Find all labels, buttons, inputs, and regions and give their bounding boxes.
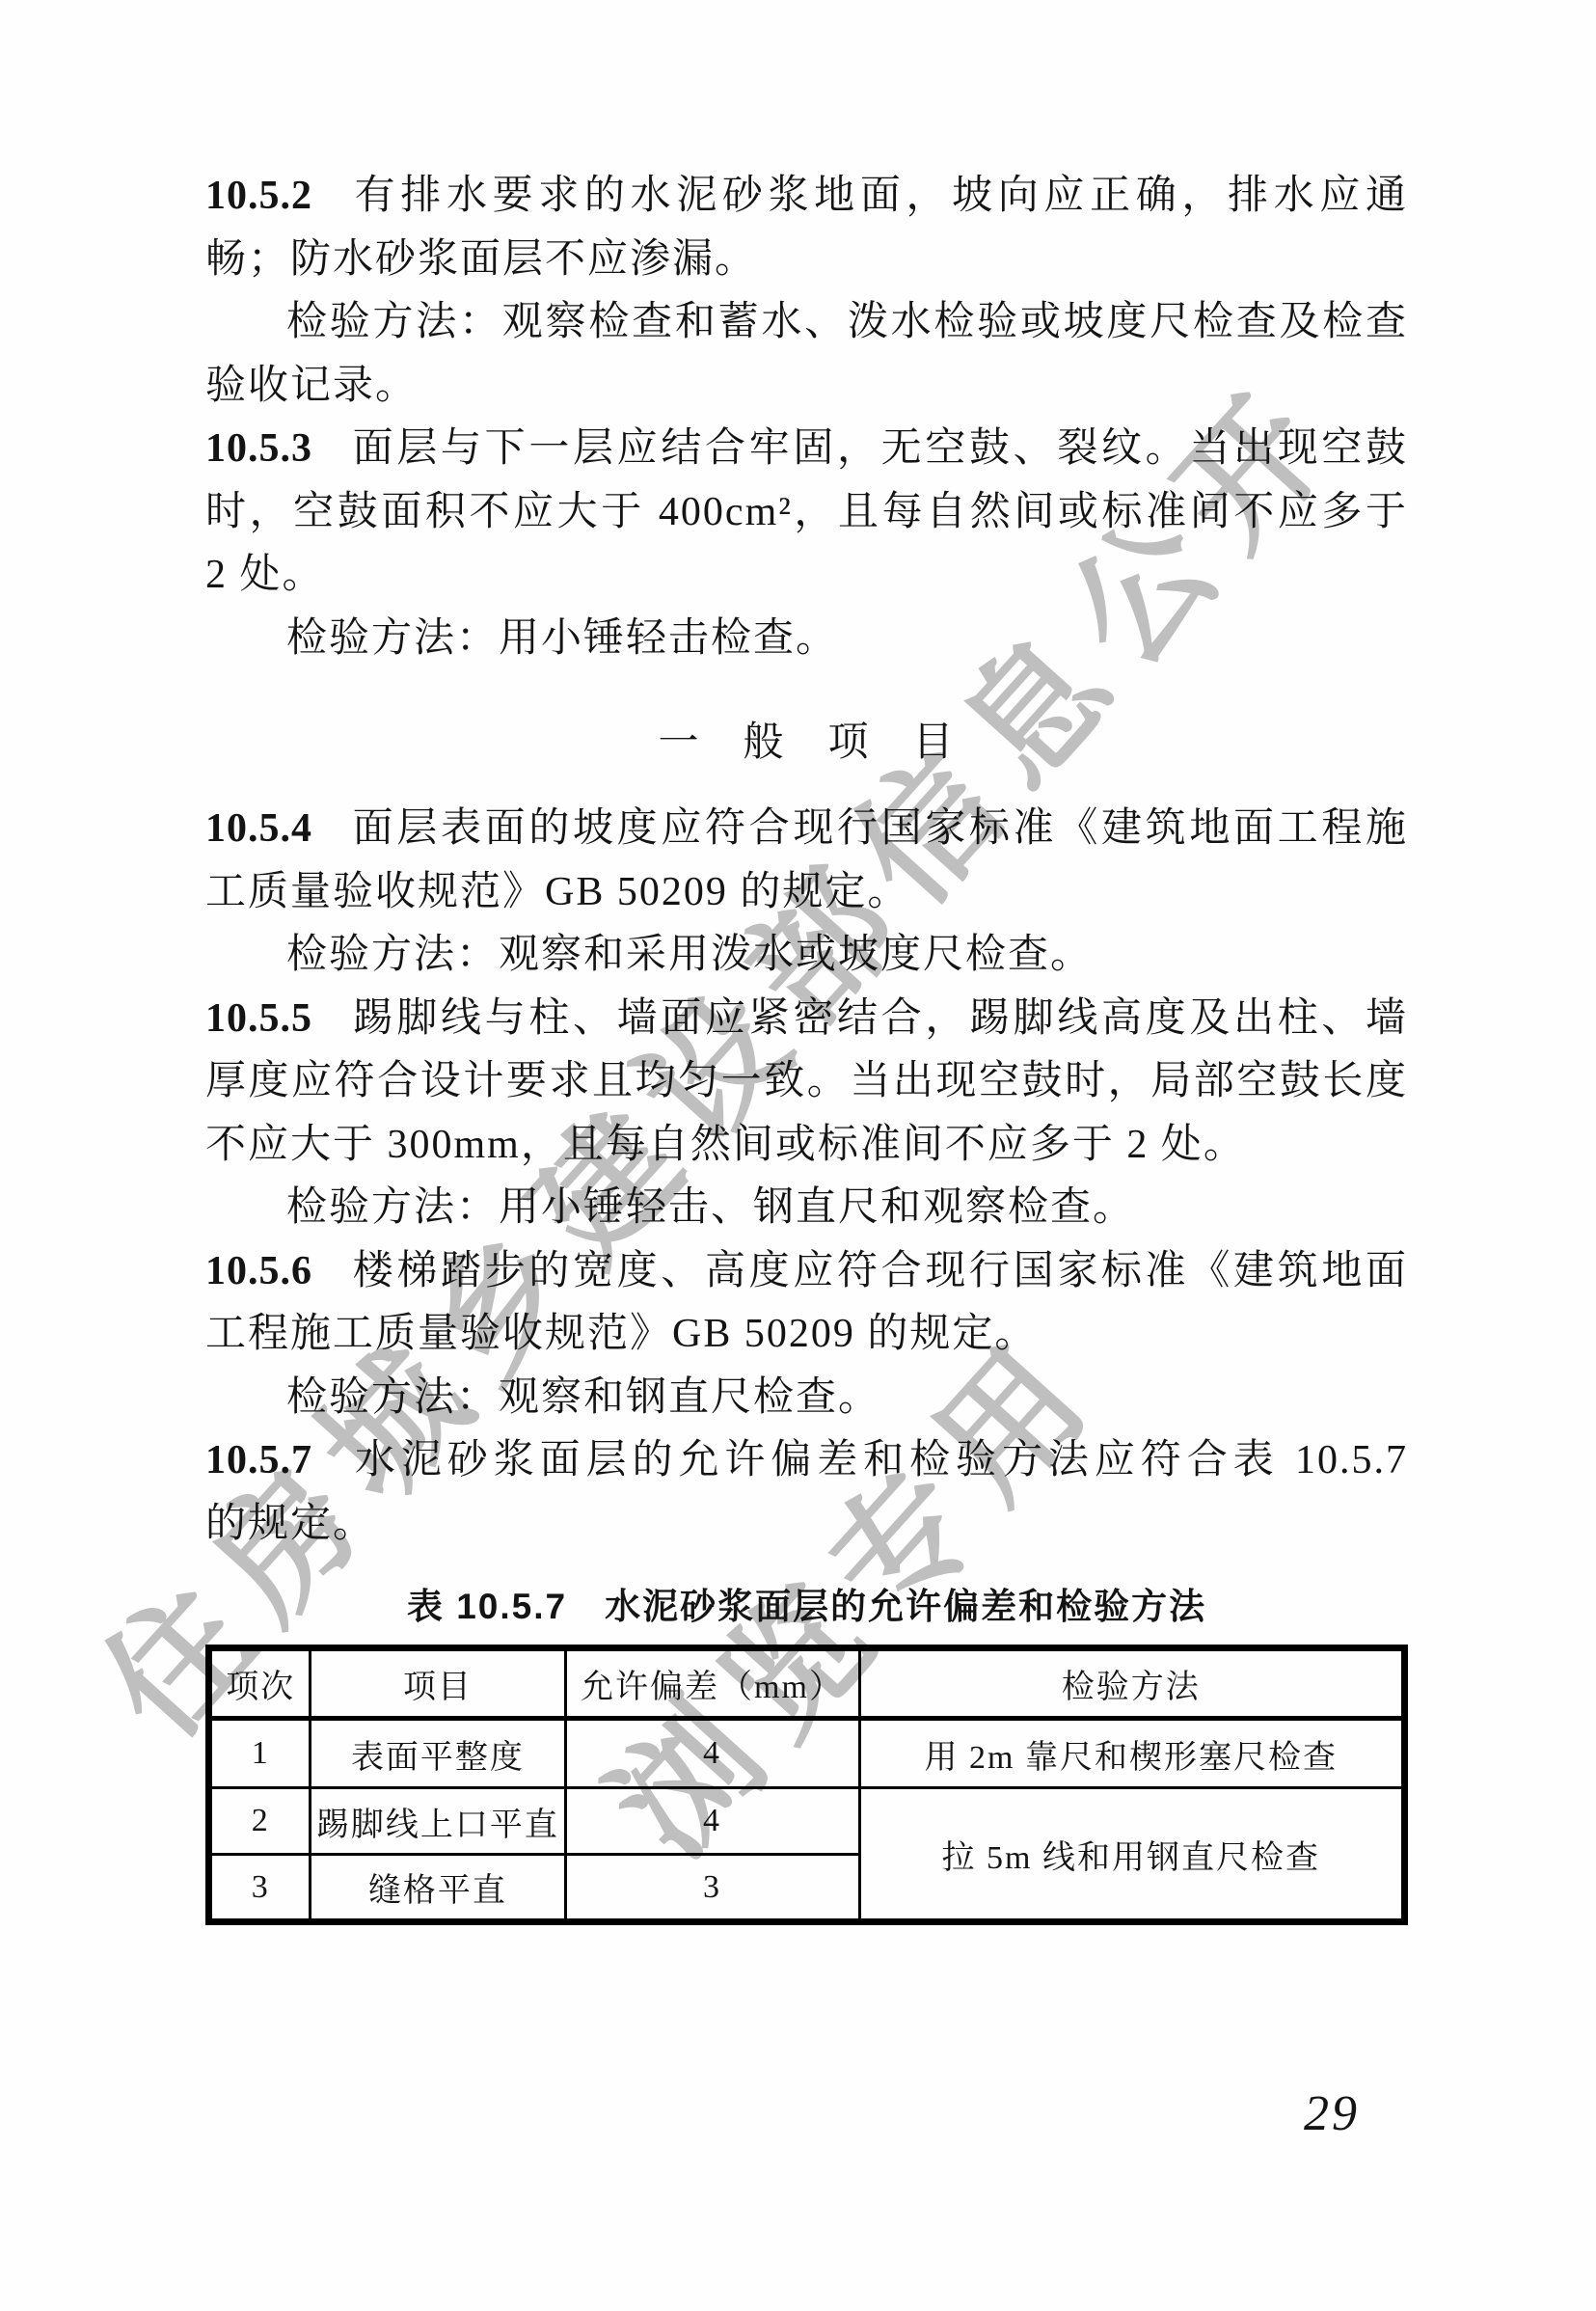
clause-text: 水泥砂浆面层的允许偏差和检验方法应符合表 10.5.7: [351, 1438, 1408, 1482]
clause-10-5-4-line-1: 10.5.4面层表面的坡度应符合现行国家标准《建筑地面工程施: [205, 798, 1408, 861]
column-header-tolerance: 允许偏差（mm）: [565, 1648, 859, 1719]
clause-10-5-4-method: 检验方法：观察和采用泼水或坡度尺检查。: [205, 924, 1408, 988]
column-header-item: 项目: [311, 1648, 565, 1719]
table-header-row: 项次 项目 允许偏差（mm） 检验方法: [209, 1648, 1405, 1719]
clause-text: 有排水要求的水泥砂浆地面，坡向应正确，排水应通: [351, 174, 1408, 218]
clause-text: 检验方法：用小锤轻击、钢直尺和观察检查。: [286, 1185, 1135, 1230]
clause-number: 10.5.3: [205, 426, 312, 471]
clause-text: 检验方法：用小锤轻击检查。: [286, 616, 838, 661]
clause-text: 面层与下一层应结合牢固，无空鼓、裂纹。当出现空鼓: [351, 426, 1408, 471]
table-row: 2 踢脚线上口平直 4 拉 5m 线和用钢直尺检查: [209, 1788, 1405, 1855]
column-header-method: 检验方法: [859, 1648, 1404, 1719]
clause-10-5-3-method: 检验方法：用小锤轻击检查。: [205, 608, 1408, 671]
cell-item: 踢脚线上口平直: [311, 1788, 565, 1855]
clause-10-5-2-line-1: 10.5.2有排水要求的水泥砂浆地面，坡向应正确，排水应通: [205, 165, 1408, 229]
clause-text: 踢脚线与柱、墙面应紧密结合，踢脚线高度及出柱、墙: [351, 996, 1408, 1041]
clause-10-5-6-method: 检验方法：观察和钢直尺检查。: [205, 1367, 1408, 1430]
cell-seq: 1: [209, 1719, 311, 1788]
cell-tolerance: 4: [565, 1719, 859, 1788]
clause-10-5-2-method-line-1: 检验方法：观察检查和蓄水、泼水检验或坡度尺检查及检查: [205, 291, 1408, 355]
page-number: 29: [1304, 2085, 1360, 2142]
cell-seq: 3: [209, 1855, 311, 1922]
cell-method: 用 2m 靠尺和楔形塞尺检查: [859, 1719, 1404, 1788]
cell-seq: 2: [209, 1788, 311, 1855]
clause-text: 不应大于 300mm，且每自然间或标准间不应多于 2 处。: [205, 1123, 1246, 1167]
clause-text: 检验方法：观察和采用泼水或坡度尺检查。: [286, 933, 1093, 977]
cell-item: 表面平整度: [311, 1719, 565, 1788]
clause-number: 10.5.7: [205, 1438, 312, 1482]
clause-10-5-2-method-line-2: 验收记录。: [205, 355, 1408, 419]
clause-text: 的规定。: [205, 1502, 375, 1546]
tolerance-table: 项次 项目 允许偏差（mm） 检验方法 1 表面平整度 4 用 2m 靠尺和楔形…: [205, 1645, 1408, 1925]
clause-text: 2 处。: [205, 553, 325, 597]
clause-text: 检验方法：观察和钢直尺检查。: [286, 1375, 880, 1420]
clause-10-5-5-method: 检验方法：用小锤轻击、钢直尺和观察检查。: [205, 1177, 1408, 1240]
clause-10-5-7-line-1: 10.5.7水泥砂浆面层的允许偏差和检验方法应符合表 10.5.7: [205, 1429, 1408, 1493]
clause-text: 检验方法：观察检查和蓄水、泼水检验或坡度尺检查及检查: [286, 300, 1408, 344]
column-header-seq: 项次: [209, 1648, 311, 1719]
cell-tolerance: 3: [565, 1855, 859, 1922]
clause-text: 工质量验收规范》GB 50209 的规定。: [205, 870, 909, 914]
clause-number: 10.5.2: [205, 174, 312, 218]
clause-10-5-2-line-2: 畅；防水砂浆面层不应渗漏。: [205, 229, 1408, 292]
clause-10-5-7-line-2: 的规定。: [205, 1493, 1408, 1557]
clause-text: 厚度应符合设计要求且均匀一致。当出现空鼓时，局部空鼓长度: [205, 1059, 1408, 1103]
clause-text: 验收记录。: [205, 364, 418, 408]
clause-text: 时，空鼓面积不应大于 400cm²，且每自然间或标准间不应多于: [205, 490, 1408, 534]
clause-text: 面层表面的坡度应符合现行国家标准《建筑地面工程施: [351, 806, 1408, 851]
section-header-general-items: 一 般 项 目: [205, 711, 1408, 775]
clause-10-5-5-line-2: 厚度应符合设计要求且均匀一致。当出现空鼓时，局部空鼓长度: [205, 1050, 1408, 1114]
clause-number: 10.5.6: [205, 1249, 312, 1293]
clause-text: 畅；防水砂浆面层不应渗漏。: [205, 237, 757, 282]
cell-method-merged: 拉 5m 线和用钢直尺检查: [859, 1788, 1404, 1922]
cell-tolerance: 4: [565, 1788, 859, 1855]
table-row: 1 表面平整度 4 用 2m 靠尺和楔形塞尺检查: [209, 1719, 1405, 1788]
clause-10-5-4-line-2: 工质量验收规范》GB 50209 的规定。: [205, 861, 1408, 925]
clause-number: 10.5.4: [205, 806, 312, 851]
cell-item: 缝格平直: [311, 1855, 565, 1922]
clause-10-5-3-line-3: 2 处。: [205, 544, 1408, 608]
clause-10-5-6-line-2: 工程施工质量验收规范》GB 50209 的规定。: [205, 1303, 1408, 1367]
clause-number: 10.5.5: [205, 996, 312, 1041]
clause-text: 楼梯踏步的宽度、高度应符合现行国家标准《建筑地面: [351, 1249, 1408, 1293]
clause-10-5-3-line-1: 10.5.3面层与下一层应结合牢固，无空鼓、裂纹。当出现空鼓: [205, 418, 1408, 481]
clause-10-5-3-line-2: 时，空鼓面积不应大于 400cm²，且每自然间或标准间不应多于: [205, 481, 1408, 545]
table-title: 表 10.5.7 水泥砂浆面层的允许偏差和检验方法: [205, 1575, 1408, 1639]
clause-10-5-5-line-1: 10.5.5踢脚线与柱、墙面应紧密结合，踢脚线高度及出柱、墙: [205, 988, 1408, 1051]
document-page: 住房城乡建设部信息公开 浏览专用 10.5.2有排水要求的水泥砂浆地面，坡向应正…: [0, 0, 1596, 2311]
document-body: 10.5.2有排水要求的水泥砂浆地面，坡向应正确，排水应通 畅；防水砂浆面层不应…: [205, 165, 1408, 1925]
clause-text: 工程施工质量验收规范》GB 50209 的规定。: [205, 1312, 1037, 1356]
clause-10-5-5-line-3: 不应大于 300mm，且每自然间或标准间不应多于 2 处。: [205, 1114, 1408, 1178]
clause-10-5-6-line-1: 10.5.6楼梯踏步的宽度、高度应符合现行国家标准《建筑地面: [205, 1240, 1408, 1304]
